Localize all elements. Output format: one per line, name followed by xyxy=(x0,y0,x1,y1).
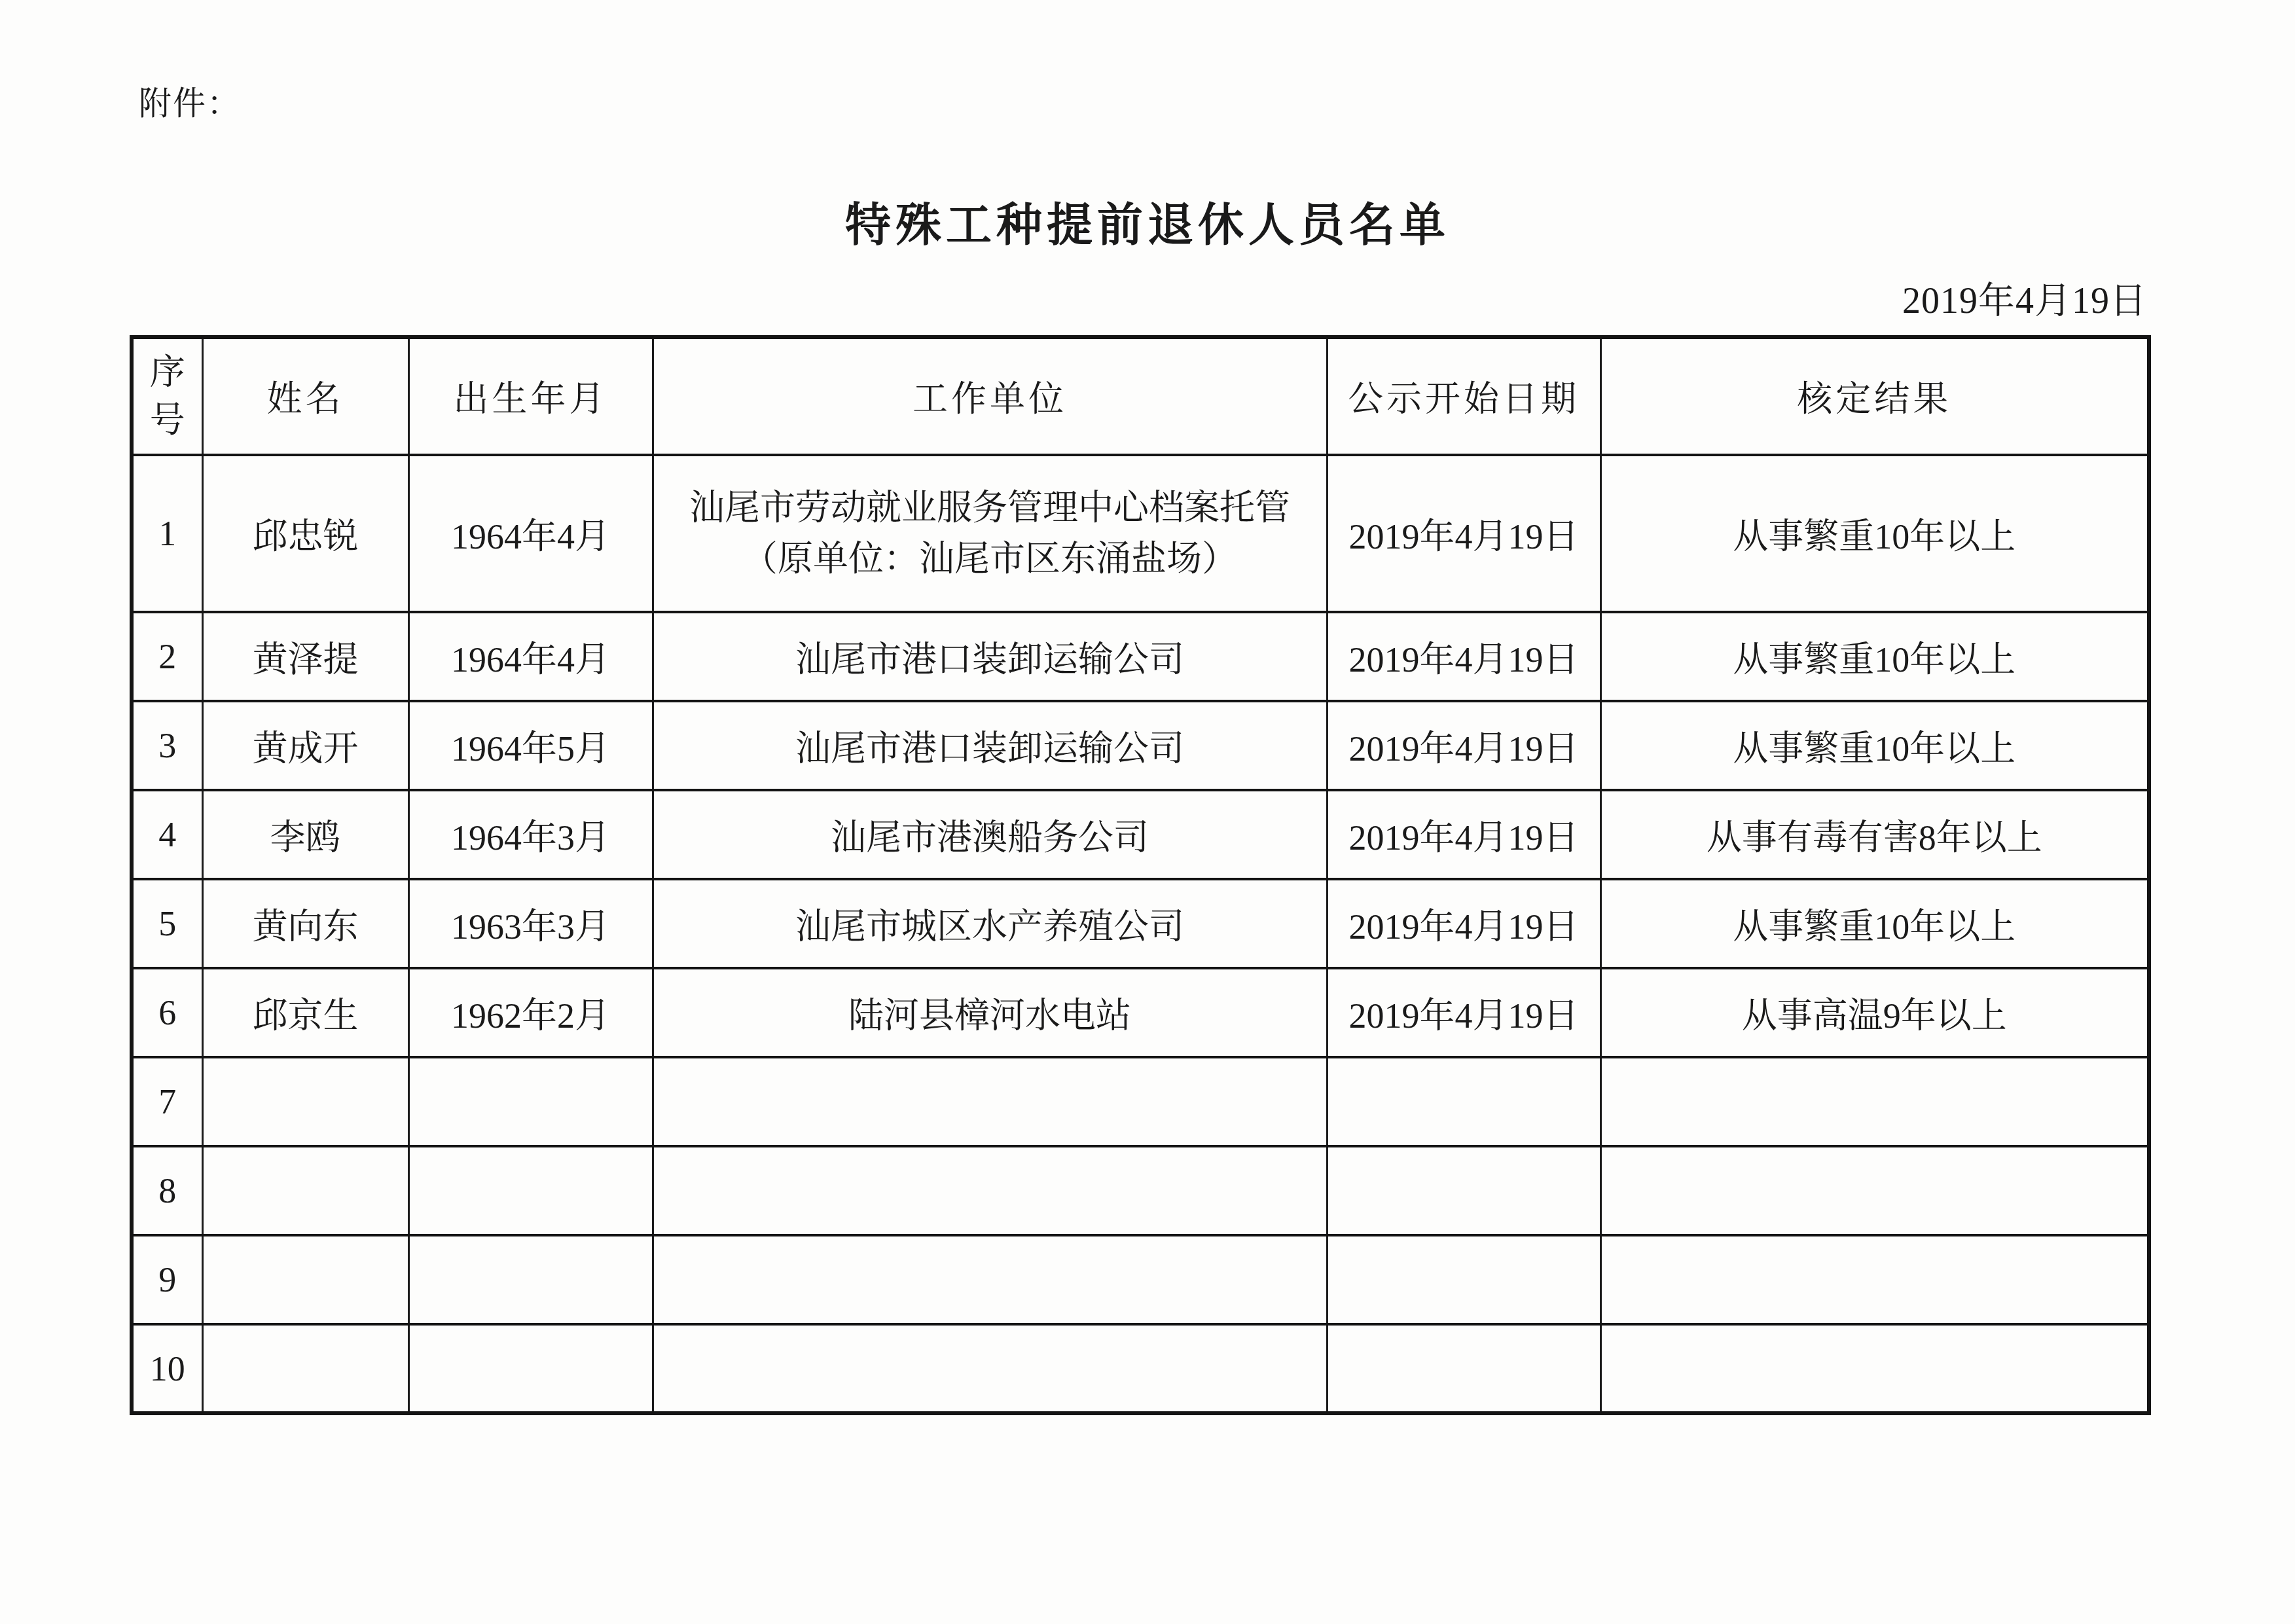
name-cell: 黄成开 xyxy=(202,701,408,790)
result-cell xyxy=(1600,1146,2149,1235)
row-number-cell: 7 xyxy=(132,1057,202,1146)
header-birth-date: 出生年月 xyxy=(408,337,653,455)
attachment-label: 附件： xyxy=(139,77,241,124)
birth-cell: 1964年4月 xyxy=(408,455,653,612)
name-cell: 李鸥 xyxy=(202,790,408,879)
row-number-cell: 9 xyxy=(132,1235,202,1324)
unit-cell xyxy=(653,1324,1327,1413)
unit-cell: 汕尾市港口装卸运输公司 xyxy=(653,612,1327,701)
publicity-date-cell: 2019年4月19日 xyxy=(1327,968,1600,1057)
birth-cell xyxy=(408,1235,653,1324)
result-cell: 从事高温9年以上 xyxy=(1600,968,2149,1057)
publicity-date-cell: 2019年4月19日 xyxy=(1327,790,1600,879)
header-verification-result: 核定结果 xyxy=(1600,337,2149,455)
unit-cell xyxy=(653,1146,1327,1235)
page-title: 特殊工种提前退休人员名单 xyxy=(0,189,2295,255)
birth-cell: 1962年2月 xyxy=(408,968,653,1057)
table-row: 9 xyxy=(132,1235,2149,1324)
unit-cell xyxy=(653,1057,1327,1146)
publicity-date-cell: 2019年4月19日 xyxy=(1327,455,1600,612)
row-number-cell: 5 xyxy=(132,879,202,968)
table-row: 7 xyxy=(132,1057,2149,1146)
header-name: 姓名 xyxy=(202,337,408,455)
unit-cell: 汕尾市劳动就业服务管理中心档案托管 （原单位：汕尾市区东涌盐场） xyxy=(653,455,1327,612)
result-cell: 从事繁重10年以上 xyxy=(1600,455,2149,612)
header-row-number-label: 序号 xyxy=(147,349,188,444)
name-cell: 黄泽提 xyxy=(202,612,408,701)
unit-cell xyxy=(653,1235,1327,1324)
name-cell xyxy=(202,1235,408,1324)
name-cell: 邱忠锐 xyxy=(202,455,408,612)
table-row: 3 黄成开 1964年5月 汕尾市港口装卸运输公司 2019年4月19日 从事繁… xyxy=(132,701,2149,790)
header-row-number: 序号 xyxy=(132,337,202,455)
publicity-date-cell xyxy=(1327,1057,1600,1146)
row-number-cell: 6 xyxy=(132,968,202,1057)
table-header-row: 序号 姓名 出生年月 工作单位 公示开始日期 核定结果 xyxy=(132,337,2149,455)
table-row: 6 邱京生 1962年2月 陆河县樟河水电站 2019年4月19日 从事高温9年… xyxy=(132,968,2149,1057)
table-row: 4 李鸥 1964年3月 汕尾市港澳船务公司 2019年4月19日 从事有毒有害… xyxy=(132,790,2149,879)
result-cell: 从事繁重10年以上 xyxy=(1600,701,2149,790)
table-row: 1 邱忠锐 1964年4月 汕尾市劳动就业服务管理中心档案托管 （原单位：汕尾市… xyxy=(132,455,2149,612)
birth-cell xyxy=(408,1324,653,1413)
result-cell xyxy=(1600,1235,2149,1324)
birth-cell xyxy=(408,1057,653,1146)
birth-cell: 1964年5月 xyxy=(408,701,653,790)
result-cell: 从事繁重10年以上 xyxy=(1600,879,2149,968)
publicity-date-cell: 2019年4月19日 xyxy=(1327,701,1600,790)
document-date: 2019年4月19日 xyxy=(1902,272,2147,324)
header-work-unit: 工作单位 xyxy=(653,337,1327,455)
unit-cell: 汕尾市港澳船务公司 xyxy=(653,790,1327,879)
publicity-date-cell xyxy=(1327,1324,1600,1413)
row-number-cell: 8 xyxy=(132,1146,202,1235)
publicity-date-cell xyxy=(1327,1235,1600,1324)
name-cell xyxy=(202,1146,408,1235)
birth-cell xyxy=(408,1146,653,1235)
birth-cell: 1963年3月 xyxy=(408,879,653,968)
name-cell: 邱京生 xyxy=(202,968,408,1057)
row-number-cell: 10 xyxy=(132,1324,202,1413)
table-row: 8 xyxy=(132,1146,2149,1235)
unit-cell: 汕尾市城区水产养殖公司 xyxy=(653,879,1327,968)
birth-cell: 1964年4月 xyxy=(408,612,653,701)
row-number-cell: 2 xyxy=(132,612,202,701)
table-row: 2 黄泽提 1964年4月 汕尾市港口装卸运输公司 2019年4月19日 从事繁… xyxy=(132,612,2149,701)
publicity-date-cell: 2019年4月19日 xyxy=(1327,612,1600,701)
row-number-cell: 3 xyxy=(132,701,202,790)
name-cell xyxy=(202,1057,408,1146)
name-cell: 黄向东 xyxy=(202,879,408,968)
result-cell: 从事繁重10年以上 xyxy=(1600,612,2149,701)
table-row: 10 xyxy=(132,1324,2149,1413)
row-number-cell: 4 xyxy=(132,790,202,879)
table-row: 5 黄向东 1963年3月 汕尾市城区水产养殖公司 2019年4月19日 从事繁… xyxy=(132,879,2149,968)
name-cell xyxy=(202,1324,408,1413)
birth-cell: 1964年3月 xyxy=(408,790,653,879)
result-cell xyxy=(1600,1324,2149,1413)
unit-line-1: 汕尾市劳动就业服务管理中心档案托管 xyxy=(659,482,1321,533)
unit-cell: 汕尾市港口装卸运输公司 xyxy=(653,701,1327,790)
header-publicity-start-date: 公示开始日期 xyxy=(1327,337,1600,455)
result-cell xyxy=(1600,1057,2149,1146)
publicity-date-cell xyxy=(1327,1146,1600,1235)
result-cell: 从事有毒有害8年以上 xyxy=(1600,790,2149,879)
unit-line-2: （原单位：汕尾市区东涌盐场） xyxy=(659,533,1321,585)
row-number-cell: 1 xyxy=(132,455,202,612)
retirement-roster-table: 序号 姓名 出生年月 工作单位 公示开始日期 核定结果 1 邱忠锐 1964年4… xyxy=(130,335,2151,1415)
unit-cell: 陆河县樟河水电站 xyxy=(653,968,1327,1057)
publicity-date-cell: 2019年4月19日 xyxy=(1327,879,1600,968)
document-page: 附件： 特殊工种提前退休人员名单 2019年4月19日 序号 姓名 出生年月 工… xyxy=(0,0,2295,1624)
